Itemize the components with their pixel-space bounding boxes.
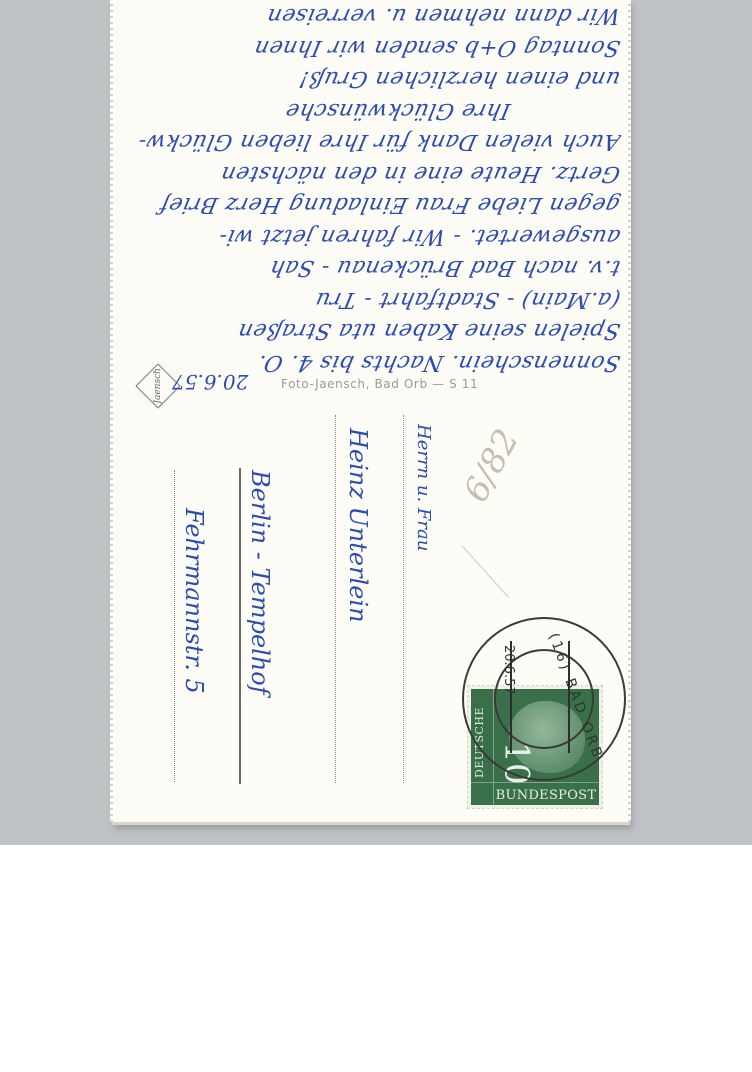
stamp-issuer: BUNDESPOST <box>495 788 597 803</box>
address-line-street: Fehrmannstr. 5 <box>180 508 208 694</box>
address-line-name: Heinz Unterlein <box>344 428 372 623</box>
postcard: Sonnenschein. Nachts bis 4. O. Spielen s… <box>112 0 630 825</box>
address-line-city: Berlin - Tempelhof <box>246 470 274 695</box>
message-line: und einen herzlichen Gruß! <box>117 63 624 95</box>
address-rule <box>174 470 175 782</box>
message-line: Ihre Glückwünsche <box>117 95 624 127</box>
publisher-imprint: Foto-Jaensch, Bad Orb — S 11 <box>281 377 478 391</box>
handwritten-date: 20.6.57 <box>172 370 248 394</box>
message-line: Wir dann nehmen u. verreisen <box>117 0 624 32</box>
message-line: (a.Main) - Stadtfahrt - Tru <box>117 284 624 316</box>
handwritten-message: Sonnenschein. Nachts bis 4. O. Spielen s… <box>120 6 620 378</box>
message-line: Gertz. Heute eine in den nächsten <box>117 158 624 190</box>
message-line: t.v. nach Bad Brückenau - Sah <box>117 252 624 284</box>
message-line: Auch vielen Dank für Ihre lieben Glückw- <box>117 126 624 158</box>
address-rule <box>403 415 404 783</box>
pencil-stroke <box>461 545 509 598</box>
stamp-country: DEUTSCHE <box>473 697 491 787</box>
pencil-note: 6/82 <box>456 423 527 509</box>
postage-stamp: DEUTSCHE 10 BUNDESPOST <box>468 686 602 808</box>
address-line-salutation: Herrn u. Frau <box>413 424 434 551</box>
message-line: Spielen seine Kaben uta Straßen <box>117 315 624 347</box>
message-line: gegen Liebe Frau Einladung Herz Brief <box>117 189 624 221</box>
message-line: Sonntag O+b senden wir Ihnen <box>117 32 624 64</box>
address-rule <box>335 415 336 783</box>
address-rule <box>239 468 241 784</box>
message-line: ausgewertet. - Wir fahren jetzt wi- <box>117 221 624 253</box>
stamp-value: 10 <box>497 741 537 784</box>
stamp-frame-line <box>493 689 494 805</box>
